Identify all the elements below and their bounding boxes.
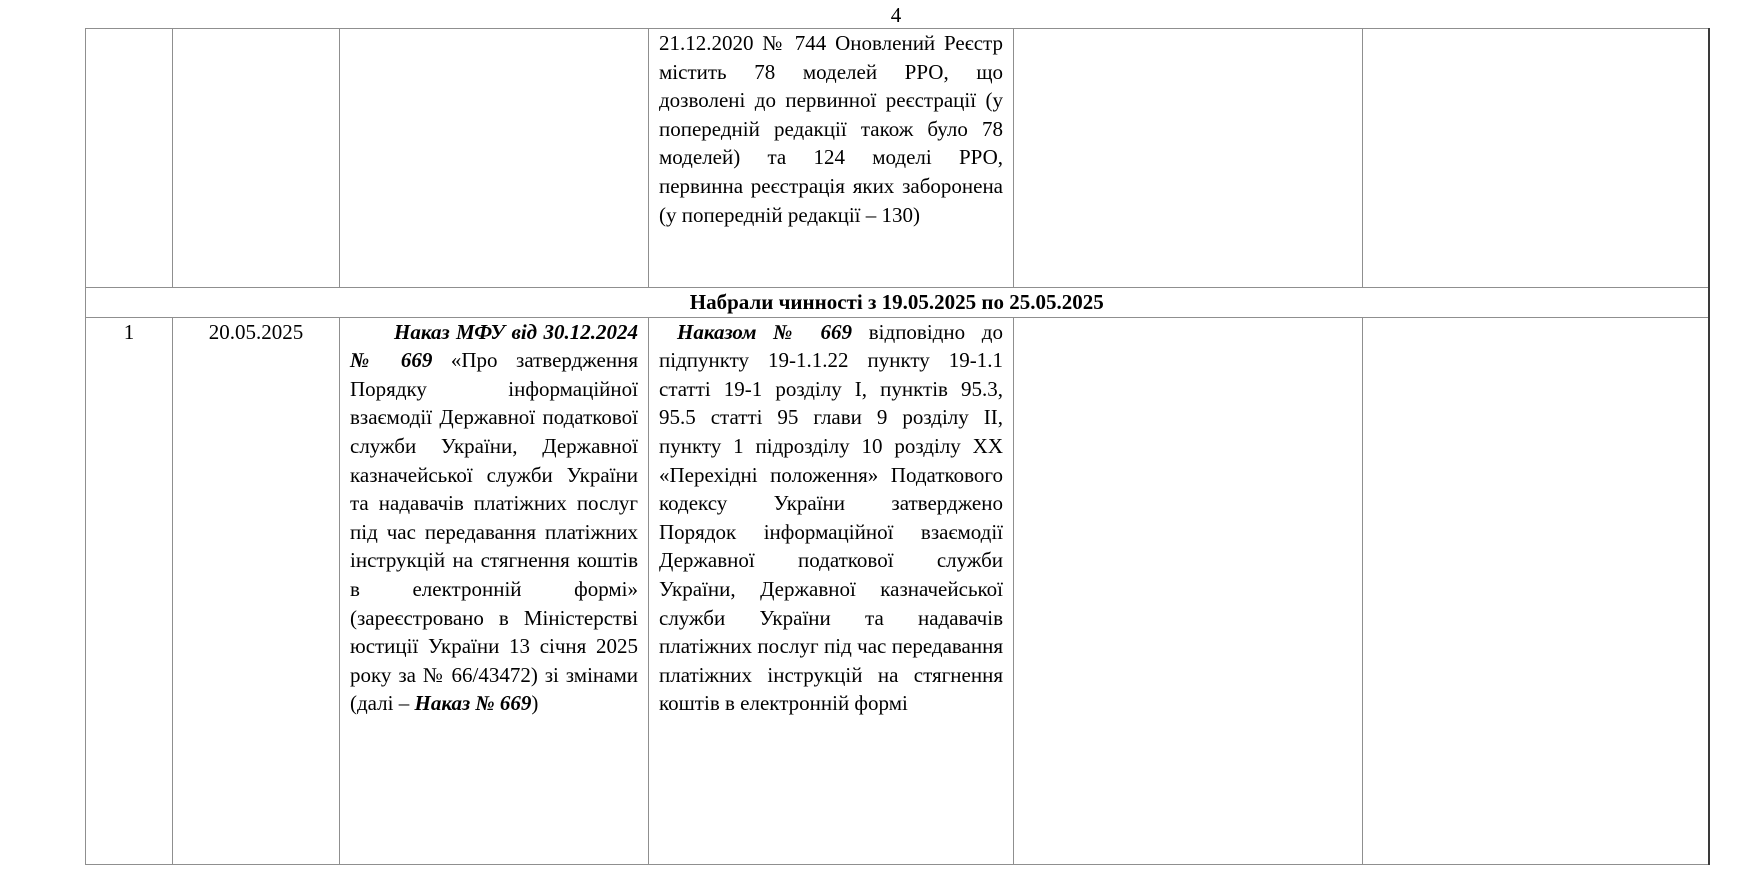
cell-col5 [1014, 29, 1363, 288]
cell-number: 1 [86, 317, 173, 864]
table-row-continued: 21.12.2020 № 744 Оновлений Реєстр містит… [86, 29, 1709, 288]
summary-bold-lead: Наказом № 669 [677, 320, 852, 344]
document-short-name: Наказ № 669 [415, 691, 532, 715]
legislation-table: 21.12.2020 № 744 Оновлений Реєстр містит… [85, 28, 1710, 865]
cell-summary: 21.12.2020 № 744 Оновлений Реєстр містит… [649, 29, 1014, 288]
cell-document [340, 29, 649, 288]
cell-date [173, 29, 340, 288]
document-title-text: «Про затвердження Порядку інформаційної … [350, 348, 638, 715]
page-number: 4 [0, 2, 1755, 28]
cell-number [86, 29, 173, 288]
summary-continued-text: 21.12.2020 № 744 Оновлений Реєстр містит… [659, 31, 1003, 227]
cell-date: 20.05.2025 [173, 317, 340, 864]
cell-document: Наказ МФУ від 30.12.2024 № 669 «Про затв… [340, 317, 649, 864]
cell-col6 [1363, 29, 1709, 288]
document-closing: ) [531, 691, 538, 715]
section-header-row: Набрали чинності з 19.05.2025 по 25.05.2… [86, 288, 1709, 318]
table-row: 1 20.05.2025 Наказ МФУ від 30.12.2024 № … [86, 317, 1709, 864]
cell-col6 [1363, 317, 1709, 864]
summary-text: відповідно до підпункту 19-1.1.22 пункту… [659, 320, 1003, 716]
cell-col5 [1014, 317, 1363, 864]
cell-summary: Наказом № 669 відповідно до підпункту 19… [649, 317, 1014, 864]
section-title: Набрали чинності з 19.05.2025 по 25.05.2… [86, 288, 1709, 318]
